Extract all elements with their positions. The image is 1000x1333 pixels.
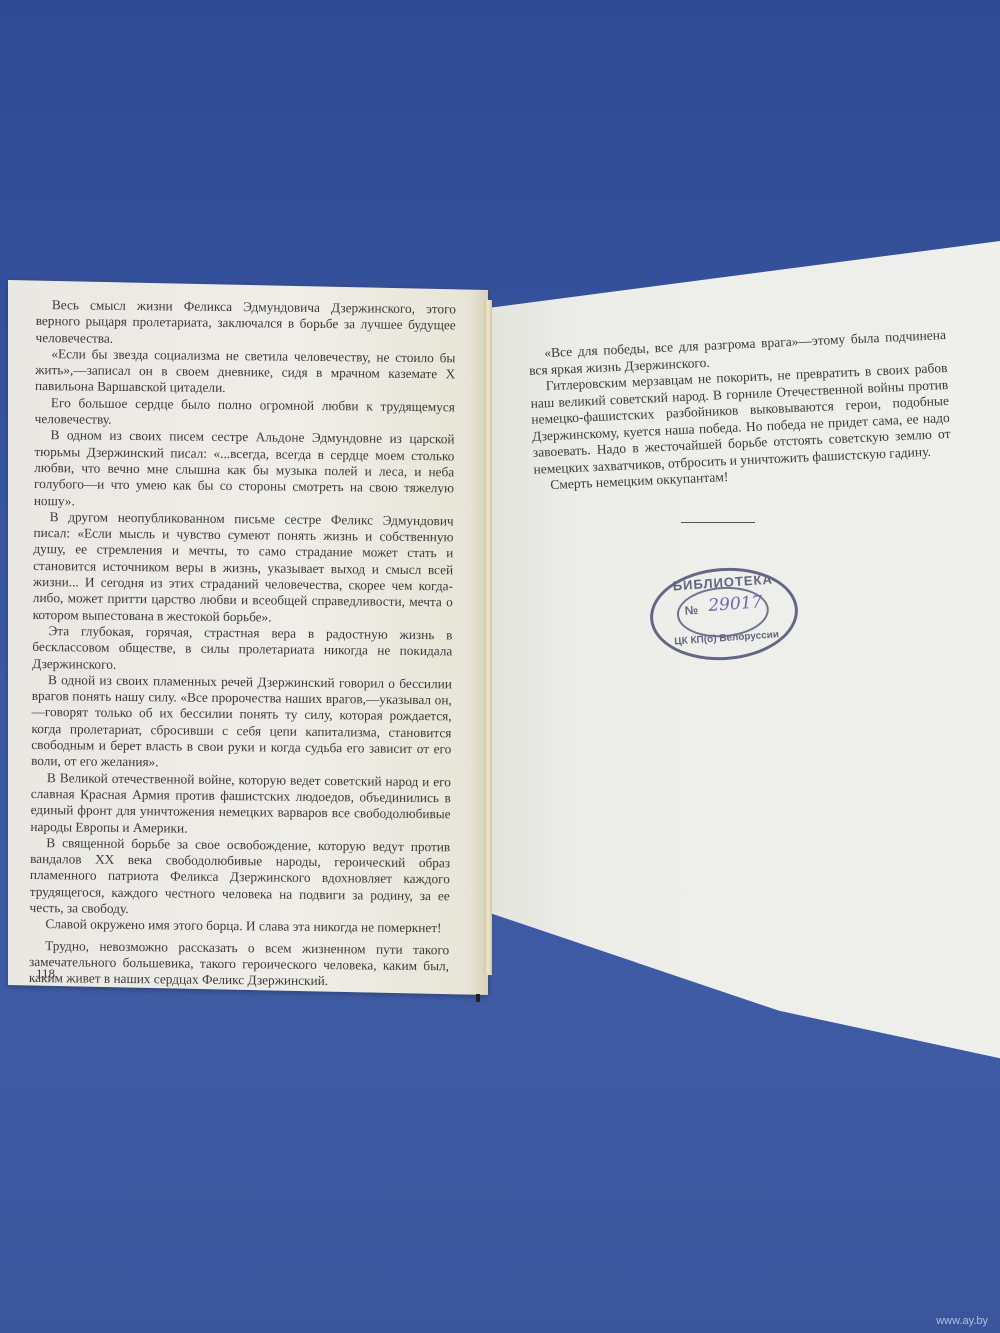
paragraph: Славой окружено имя этого борца. И слава… bbox=[29, 916, 449, 937]
right-page-text: «Все для победы, все для разгрома врага»… bbox=[528, 327, 952, 494]
photo-scene: Весь смысл жизни Феликса Эдмундовича Дзе… bbox=[0, 0, 1000, 1333]
section-divider bbox=[681, 522, 755, 523]
left-page-text: Весь смысл жизни Феликса Эдмундовича Дзе… bbox=[29, 297, 456, 991]
paragraph: В одной из своих пламенных речей Дзержин… bbox=[31, 672, 452, 774]
watermark: www.ay.by bbox=[936, 1315, 988, 1327]
paragraph: Эта глубокая, горячая, страстная вера в … bbox=[32, 623, 452, 676]
paragraph: В другом неопубликованном письме сестре … bbox=[33, 509, 454, 627]
stamp-number-label: № bbox=[684, 603, 698, 618]
book-spine bbox=[484, 300, 492, 975]
paragraph: «Если бы звезда социализма не светила че… bbox=[35, 346, 455, 399]
paragraph: В Великой отечественной войне, которую в… bbox=[30, 770, 451, 840]
spine-mark bbox=[476, 994, 480, 1002]
stamp-number: 29017 bbox=[708, 592, 763, 616]
paragraph: В одном из своих писем сестре Альдоне Эд… bbox=[34, 427, 455, 513]
paragraph: В священной борьбе за свое освобождение,… bbox=[30, 835, 451, 921]
paragraph: Трудно, невозможно рассказать о всем жиз… bbox=[29, 938, 449, 991]
paragraph: Весь смысл жизни Феликса Эдмундовича Дзе… bbox=[35, 297, 455, 350]
paragraph: Гитлеровским мерзавцам не покорить, не п… bbox=[529, 360, 951, 478]
page-number: 118 bbox=[36, 966, 55, 982]
paragraph: Его большое сердце было полно огромной л… bbox=[35, 395, 455, 432]
